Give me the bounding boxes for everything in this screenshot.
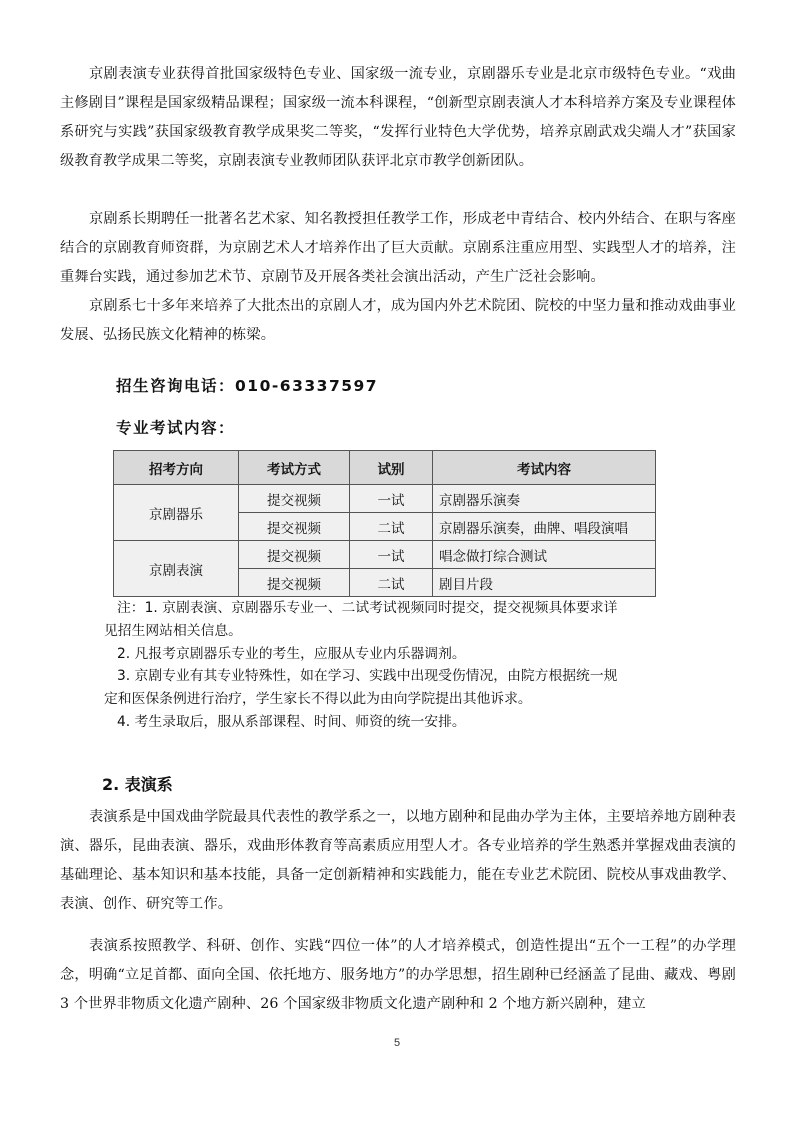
- section-title-performance-dept: 2. 表演系: [102, 772, 173, 795]
- page-number: 5: [0, 1037, 794, 1049]
- table-row: 京剧表演 提交视频 一试 唱念做打综合测试: [114, 541, 656, 569]
- note-line: 见招生网站相关信息。: [104, 620, 708, 643]
- header-method: 考试方式: [239, 451, 350, 485]
- cell-content: 京剧器乐演奏，曲牌、唱段演唱: [433, 513, 656, 541]
- paragraph-alumni: 京剧系七十多年来培养了大批杰出的京剧人才，成为国内外艺术院团、院校的中坚力量和推…: [60, 292, 736, 350]
- header-direction: 招考方向: [114, 451, 239, 485]
- exam-notes: 注：1. 京剧表演、京剧器乐专业一、二试考试视频同时提交，提交视频具体要求详 见…: [108, 597, 708, 734]
- contact-label: 招生咨询电话：: [116, 377, 235, 395]
- document-page: 京剧表演专业获得首批国家级特色专业、国家级一流专业，京剧器乐专业是北京市级特色专…: [0, 0, 794, 1123]
- note-line: 4. 考生录取后，服从系部课程、时间、师资的统一安排。: [108, 711, 708, 734]
- note-line: 注：1. 京剧表演、京剧器乐专业一、二试考试视频同时提交，提交视频具体要求详: [108, 597, 708, 620]
- exam-table: 招考方向 考试方式 试别 考试内容 京剧器乐 提交视频 一试 京剧器乐演奏 提交…: [113, 450, 656, 597]
- header-content: 考试内容: [433, 451, 656, 485]
- contact-phone: 010-63337597: [235, 377, 378, 395]
- cell-round: 一试: [350, 485, 433, 513]
- paragraph-performance-dept-intro: 表演系是中国戏曲学院最具代表性的教学系之一，以地方剧种和昆曲办学为主体，主要培养…: [60, 803, 736, 919]
- paragraph-peking-opera-majors: 京剧表演专业获得首批国家级特色专业、国家级一流专业，京剧器乐专业是北京市级特色专…: [60, 60, 736, 176]
- cell-content: 剧目片段: [433, 569, 656, 597]
- cell-direction: 京剧表演: [114, 541, 239, 597]
- cell-content: 唱念做打综合测试: [433, 541, 656, 569]
- cell-round: 二试: [350, 513, 433, 541]
- note-line: 定和医保条例进行治疗，学生家长不得以此为由向学院提出其他诉求。: [104, 688, 708, 711]
- cell-round: 二试: [350, 569, 433, 597]
- cell-method: 提交视频: [239, 513, 350, 541]
- cell-method: 提交视频: [239, 541, 350, 569]
- cell-direction: 京剧器乐: [114, 485, 239, 541]
- exam-content-heading: 专业考试内容：: [116, 416, 235, 438]
- table-row: 京剧器乐 提交视频 一试 京剧器乐演奏: [114, 485, 656, 513]
- note-line: 3. 京剧专业有其专业特殊性，如在学习、实践中出现受伤情况，由院方根据统一规: [108, 665, 708, 688]
- table-header-row: 招考方向 考试方式 试别 考试内容: [114, 451, 656, 485]
- paragraph-performance-dept-model: 表演系按照教学、科研、创作、实践“四位一体”的人才培养模式，创造性提出“五个一工…: [60, 932, 736, 1019]
- note-line: 2. 凡报考京剧器乐专业的考生，应服从专业内乐器调剂。: [108, 643, 708, 666]
- cell-method: 提交视频: [239, 569, 350, 597]
- cell-round: 一试: [350, 541, 433, 569]
- cell-content: 京剧器乐演奏: [433, 485, 656, 513]
- paragraph-faculty: 京剧系长期聘任一批著名艺术家、知名教授担任教学工作，形成老中青结合、校内外结合、…: [60, 205, 736, 292]
- header-round: 试别: [350, 451, 433, 485]
- contact-line: 招生咨询电话：010-63337597: [116, 374, 378, 396]
- cell-method: 提交视频: [239, 485, 350, 513]
